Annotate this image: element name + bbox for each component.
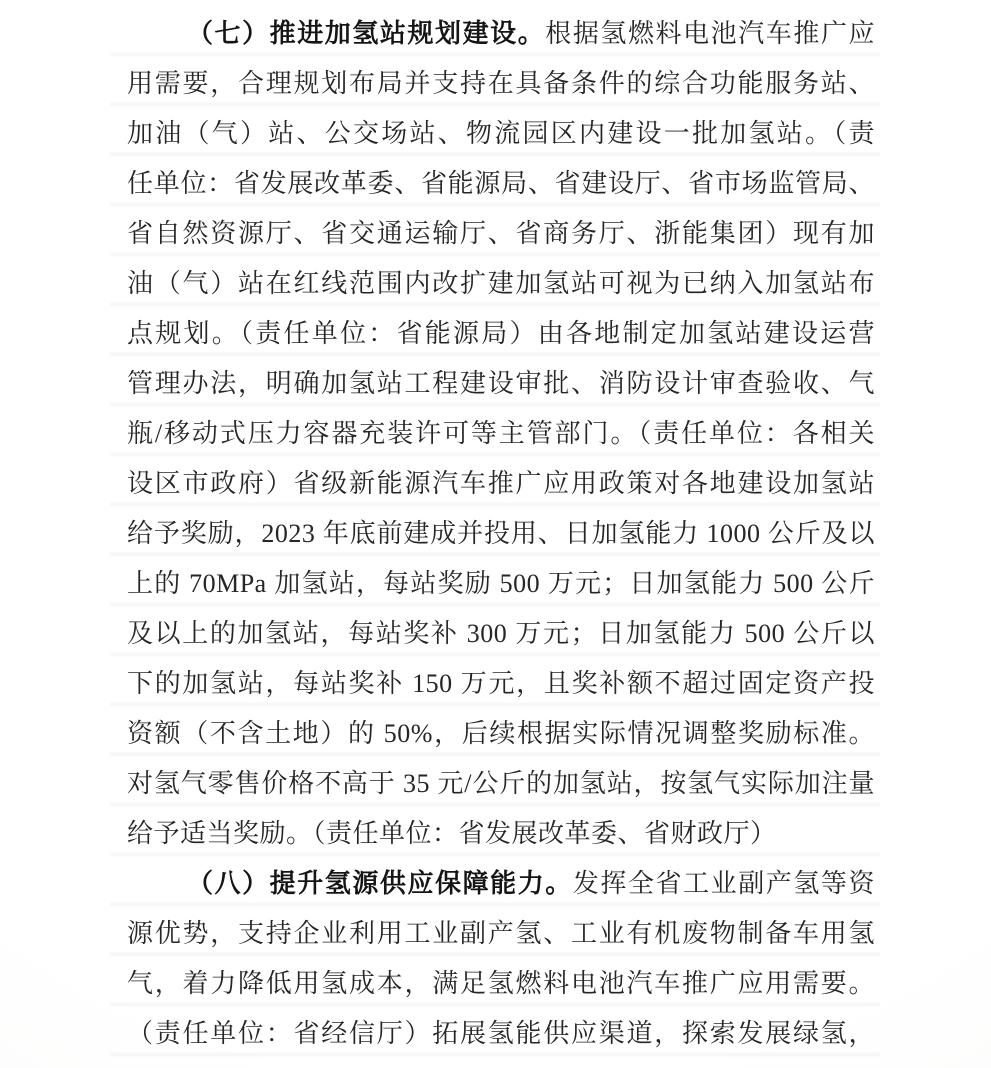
- text-line: 给予奖励，2023 年底前建成并投用、日加氢能力 1000 公斤及以: [127, 509, 875, 559]
- text-line: 下的加氢站，每站奖补 150 万元，且奖补额不超过固定资产投: [127, 659, 875, 709]
- body-text: 给予奖励，2023 年底前建成并投用、日加氢能力 1000 公斤及以: [127, 519, 875, 548]
- text-line: 上的 70MPa 加氢站，每站奖励 500 万元；日加氢能力 500 公斤: [127, 559, 875, 609]
- body-text: 发挥全省工业副产氢等资: [573, 869, 875, 898]
- body-text: 资额（不含土地）的 50%，后续根据实际情况调整奖励标准。: [127, 719, 875, 748]
- text-line: 及以上的加氢站，每站奖补 300 万元；日加氢能力 500 公斤以: [127, 609, 875, 659]
- text-line: （八）提升氢源供应保障能力。发挥全省工业副产氢等资: [127, 859, 875, 909]
- body-text: 瓶/移动式压力容器充装许可等主管部门。（责任单位：各相关: [127, 419, 875, 448]
- text-line: 油（气）站在红线范围内改扩建加氢站可视为已纳入加氢站布: [127, 259, 875, 309]
- body-text: 根据氢燃料电池汽车推广应: [545, 19, 875, 48]
- document-text-block: （七）推进加氢站规划建设。根据氢燃料电池汽车推广应用需要，合理规划布局并支持在具…: [127, 9, 875, 1059]
- body-text: 气，着力降低用氢成本，满足氢燃料电池汽车推广应用需要。: [127, 969, 875, 998]
- text-line: 加油（气）站、公交场站、物流园区内建设一批加氢站。（责: [127, 109, 875, 159]
- text-line: 资额（不含土地）的 50%，后续根据实际情况调整奖励标准。: [127, 709, 875, 759]
- text-line: 任单位：省发展改革委、省能源局、省建设厅、省市场监管局、: [127, 159, 875, 209]
- text-line: 点规划。（责任单位：省能源局）由各地制定加氢站建设运营: [127, 309, 875, 359]
- body-text: 及以上的加氢站，每站奖补 300 万元；日加氢能力 500 公斤以: [127, 619, 875, 648]
- text-line: 省自然资源厅、省交通运输厅、省商务厅、浙能集团）现有加: [127, 209, 875, 259]
- body-text: 加油（气）站、公交场站、物流园区内建设一批加氢站。（责: [127, 119, 875, 148]
- body-text: 油（气）站在红线范围内改扩建加氢站可视为已纳入加氢站布: [127, 269, 875, 298]
- text-line: （七）推进加氢站规划建设。根据氢燃料电池汽车推广应: [127, 9, 875, 59]
- text-line: 设区市政府）省级新能源汽车推广应用政策对各地建设加氢站: [127, 459, 875, 509]
- text-line: 用需要，合理规划布局并支持在具备条件的综合功能服务站、: [127, 59, 875, 109]
- body-text: 用需要，合理规划布局并支持在具备条件的综合功能服务站、: [127, 69, 875, 98]
- body-text: 对氢气零售价格不高于 35 元/公斤的加氢站，按氢气实际加注量: [127, 769, 875, 798]
- body-text: 给予适当奖励。（责任单位：省发展改革委、省财政厅）: [127, 819, 777, 848]
- body-text: 上的 70MPa 加氢站，每站奖励 500 万元；日加氢能力 500 公斤: [127, 569, 875, 598]
- text-line: 瓶/移动式压力容器充装许可等主管部门。（责任单位：各相关: [127, 409, 875, 459]
- text-line: 对氢气零售价格不高于 35 元/公斤的加氢站，按氢气实际加注量: [127, 759, 875, 809]
- text-line: 气，着力降低用氢成本，满足氢燃料电池汽车推广应用需要。: [127, 959, 875, 1009]
- text-line: 源优势，支持企业利用工业副产氢、工业有机废物制备车用氢: [127, 909, 875, 959]
- section-heading: （七）推进加氢站规划建设。: [187, 19, 545, 48]
- text-line: 管理办法，明确加氢站工程建设审批、消防设计审查验收、气: [127, 359, 875, 409]
- body-text: 下的加氢站，每站奖补 150 万元，且奖补额不超过固定资产投: [127, 669, 875, 698]
- body-text: 设区市政府）省级新能源汽车推广应用政策对各地建设加氢站: [127, 469, 875, 498]
- text-line: 给予适当奖励。（责任单位：省发展改革委、省财政厅）: [127, 809, 875, 859]
- body-text: 任单位：省发展改革委、省能源局、省建设厅、省市场监管局、: [127, 169, 875, 198]
- document-page: （七）推进加氢站规划建设。根据氢燃料电池汽车推广应用需要，合理规划布局并支持在具…: [0, 0, 991, 1068]
- body-text: 点规划。（责任单位：省能源局）由各地制定加氢站建设运营: [127, 319, 875, 348]
- body-text: 省自然资源厅、省交通运输厅、省商务厅、浙能集团）现有加: [127, 219, 875, 248]
- body-text: （责任单位：省经信厅）拓展氢能供应渠道，探索发展绿氢，: [127, 1019, 875, 1048]
- section-heading: （八）提升氢源供应保障能力。: [187, 869, 573, 898]
- body-text: 源优势，支持企业利用工业副产氢、工业有机废物制备车用氢: [127, 919, 875, 948]
- text-line: （责任单位：省经信厅）拓展氢能供应渠道，探索发展绿氢，: [127, 1009, 875, 1059]
- body-text: 管理办法，明确加氢站工程建设审批、消防设计审查验收、气: [127, 369, 875, 398]
